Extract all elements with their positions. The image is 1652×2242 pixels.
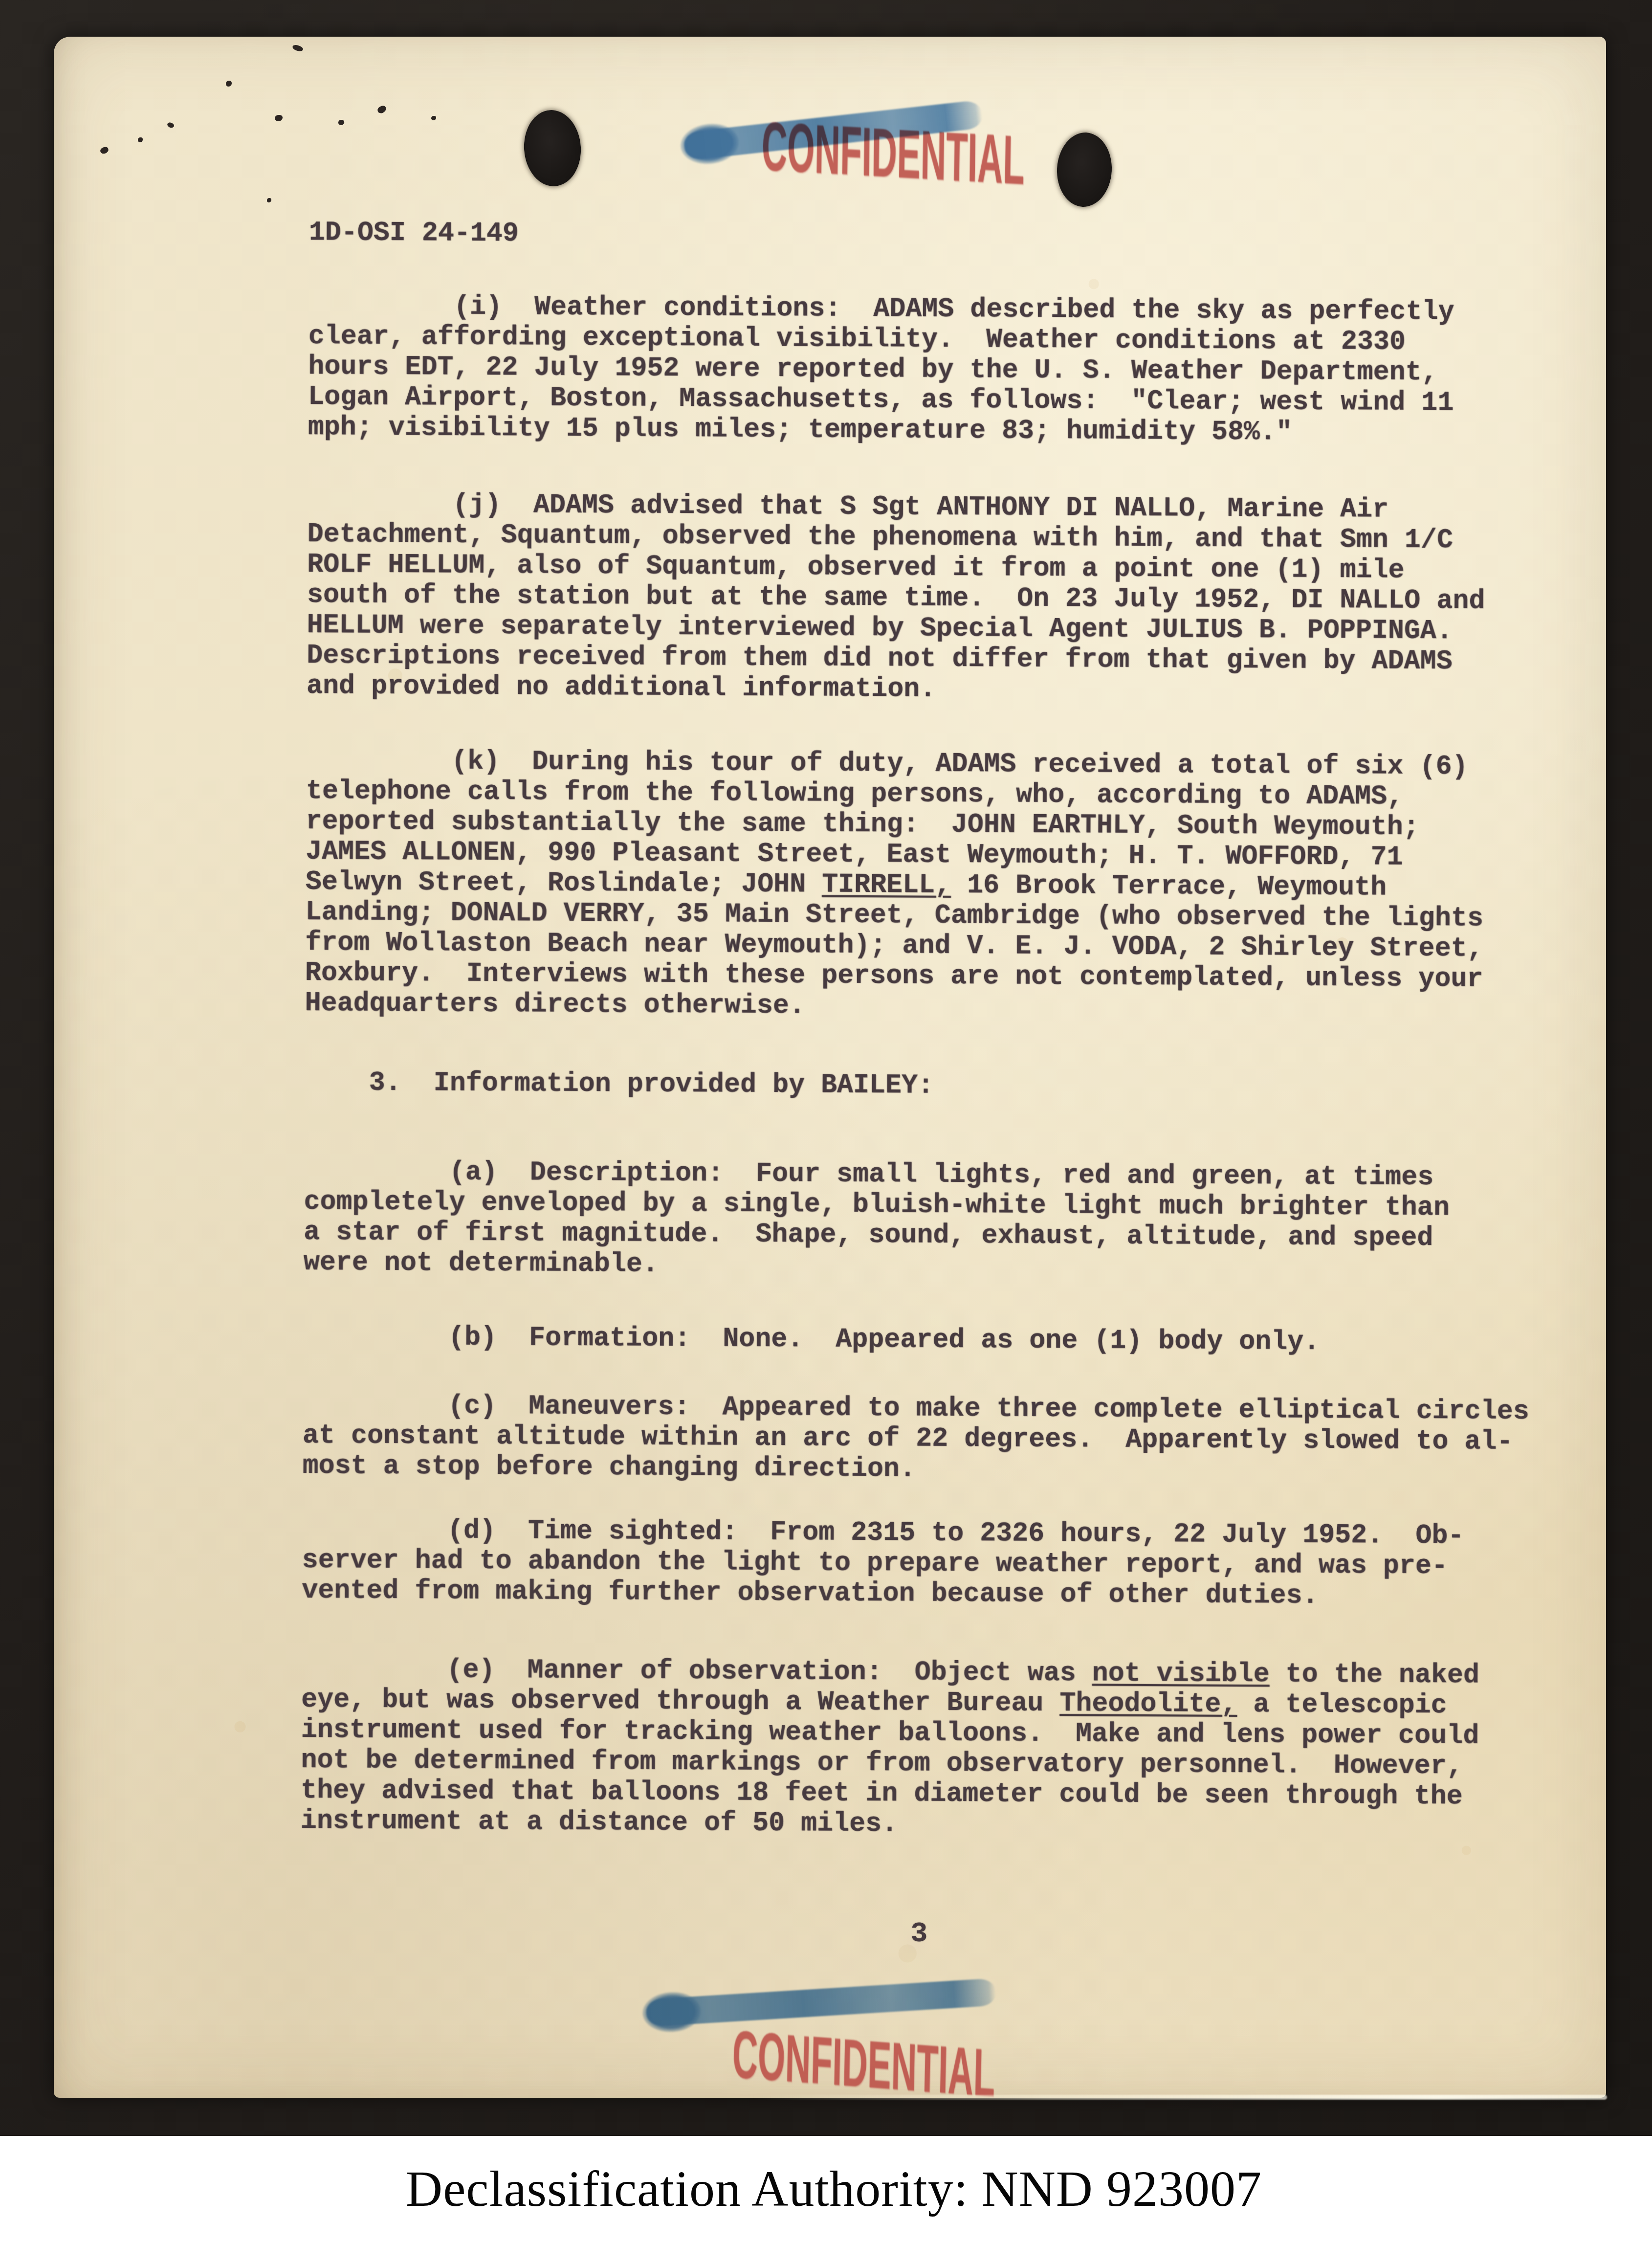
hole-punch-right <box>1055 131 1114 208</box>
paragraph-i: (i) Weather conditions: ADAMS described … <box>308 291 1590 449</box>
ink-speck <box>226 81 232 87</box>
ink-speck <box>267 198 271 202</box>
ink-speck <box>275 115 283 121</box>
confidential-stamp-bottom: CONFIDENTIAL <box>732 2012 1358 2096</box>
ink-speck <box>292 44 304 53</box>
confidential-stamp-text: CONFIDENTIAL <box>732 2020 996 2107</box>
declassification-text: Declassification Authority: NND 923007 <box>406 2160 1262 2218</box>
ink-speck <box>166 121 175 129</box>
paragraph-c: (c) Maneuvers: Appeared to make three co… <box>302 1390 1584 1488</box>
paragraph-e: (e) Manner of observation: Object was no… <box>301 1654 1583 1843</box>
blue-marker-strike-bottom <box>645 1978 996 2027</box>
paragraph-d: (d) Time sighted: From 2315 to 2326 hour… <box>302 1515 1583 1613</box>
ink-speck <box>138 137 143 142</box>
paragraph-b: (b) Formation: None. Appeared as one (1)… <box>303 1322 1584 1359</box>
paragraph-j: (j) ADAMS advised that S Sgt ANTHONY DI … <box>307 489 1588 708</box>
paragraph-k: (k) During his tour of duty, ADAMS recei… <box>305 746 1587 1025</box>
document-body: (i) Weather conditions: ADAMS described … <box>301 291 1590 1843</box>
document-id: 1D-OSI 24-149 <box>309 218 1590 255</box>
document-page: CONFIDENTIAL 1D-OSI 24-149 (i) Weather c… <box>54 37 1606 2098</box>
paragraph-a: (a) Description: Four small lights, red … <box>304 1156 1585 1285</box>
blue-marker-strike-top <box>683 100 984 161</box>
declassification-bar: Declassification Authority: NND 923007 <box>0 2136 1652 2242</box>
ink-speck <box>100 146 110 155</box>
ink-speck <box>338 119 345 126</box>
paragraph-s3: 3. Information provided by BAILEY: <box>305 1067 1586 1105</box>
paper-edge-highlight <box>752 2095 1607 2100</box>
hole-punch-left <box>522 108 584 188</box>
typewritten-content: 1D-OSI 24-149 (i) Weather conditions: AD… <box>301 218 1590 1843</box>
ink-speck <box>376 105 387 114</box>
ink-speck <box>431 116 436 120</box>
page-number: 3 <box>890 1918 948 1950</box>
